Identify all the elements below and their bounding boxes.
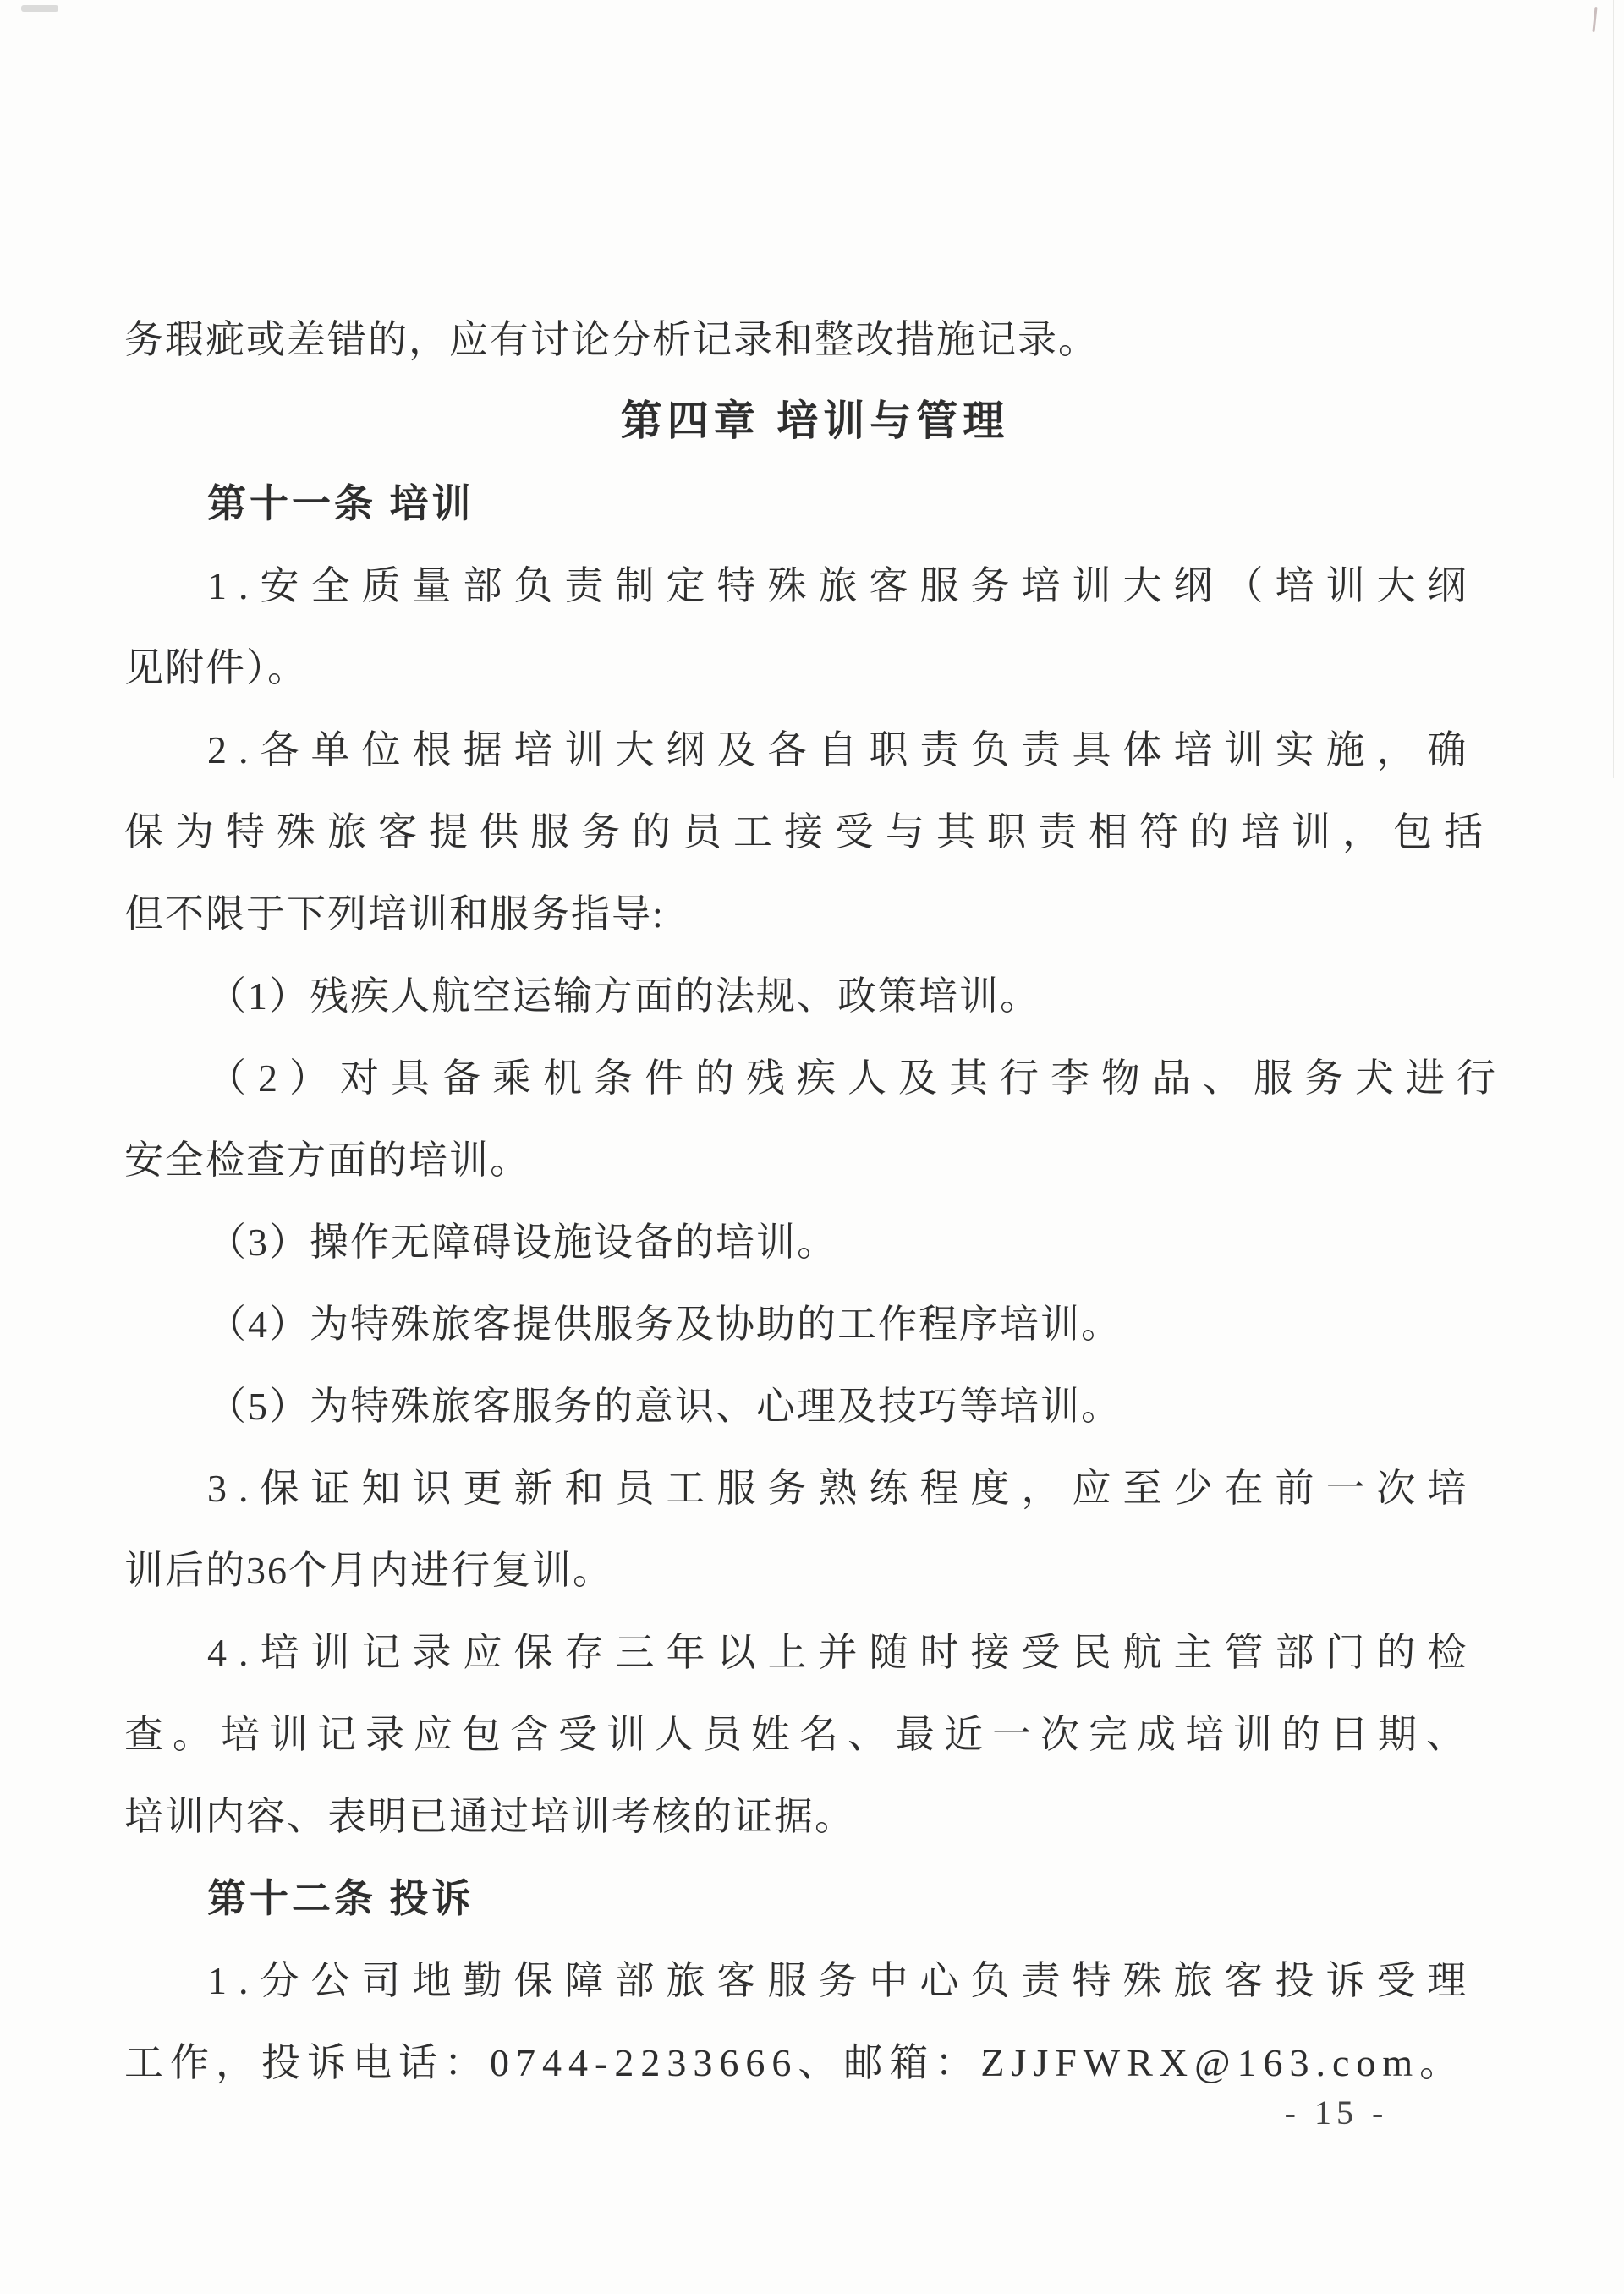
list-item-line: （2）对具备乘机条件的残疾人及其行李物品、服务犬进行 — [124, 1037, 1506, 1119]
paragraph-line: 1.分公司地勤保障部旅客服务中心负责特殊旅客投诉受理 — [124, 1940, 1506, 2022]
list-item-line: （1）残疾人航空运输方面的法规、政策培训。 — [124, 955, 1506, 1037]
section-heading: 第十二条 投诉 — [124, 1858, 1506, 1940]
scan-artifact-right-edge — [1613, 0, 1614, 778]
body-line: 工作，投诉电话：0744-2233666、邮箱：ZJJFWRX@163.com。 — [124, 2022, 1506, 2104]
body-line: 但不限于下列培训和服务指导: — [124, 873, 1506, 955]
paragraph-line: 1.安全质量部负责制定特殊旅客服务培训大纲（培训大纲 — [124, 545, 1506, 627]
body-line: 务瑕疵或差错的，应有讨论分析记录和整改措施记录。 — [124, 299, 1506, 381]
body-line: 见附件）。 — [124, 627, 1506, 709]
scan-artifact-top-right — [1592, 7, 1597, 32]
body-line: 保为特殊旅客提供服务的员工接受与其职责相符的培训，包括 — [124, 791, 1506, 873]
body-line: 培训内容、表明已通过培训考核的证据。 — [124, 1775, 1506, 1858]
paragraph-line: 2.各单位根据培训大纲及各自职责负责具体培训实施，确 — [124, 709, 1506, 791]
list-item-line: （3）操作无障碍设施设备的培训。 — [124, 1201, 1506, 1283]
body-line: 查。培训记录应包含受训人员姓名、最近一次完成培训的日期、 — [124, 1693, 1506, 1775]
body-line: 安全检查方面的培训。 — [124, 1119, 1506, 1201]
document-page: 务瑕疵或差错的，应有讨论分析记录和整改措施记录。 第四章 培训与管理 第十一条 … — [0, 0, 1624, 2294]
body-line: 训后的36个月内进行复训。 — [124, 1529, 1506, 1611]
paragraph-line: 3.保证知识更新和员工服务熟练程度，应至少在前一次培 — [124, 1447, 1506, 1529]
list-item-line: （4）为特殊旅客提供服务及协助的工作程序培训。 — [124, 1283, 1506, 1365]
document-body: 务瑕疵或差错的，应有讨论分析记录和整改措施记录。 第四章 培训与管理 第十一条 … — [124, 299, 1506, 2104]
list-item-line: （5）为特殊旅客服务的意识、心理及技巧等培训。 — [124, 1365, 1506, 1447]
chapter-heading: 第四章 培训与管理 — [124, 381, 1506, 463]
scan-artifact-top-left — [21, 5, 58, 12]
page-number: - 15 - — [1269, 2093, 1404, 2132]
section-heading: 第十一条 培训 — [124, 463, 1506, 545]
paragraph-line: 4.培训记录应保存三年以上并随时接受民航主管部门的检 — [124, 1611, 1506, 1693]
